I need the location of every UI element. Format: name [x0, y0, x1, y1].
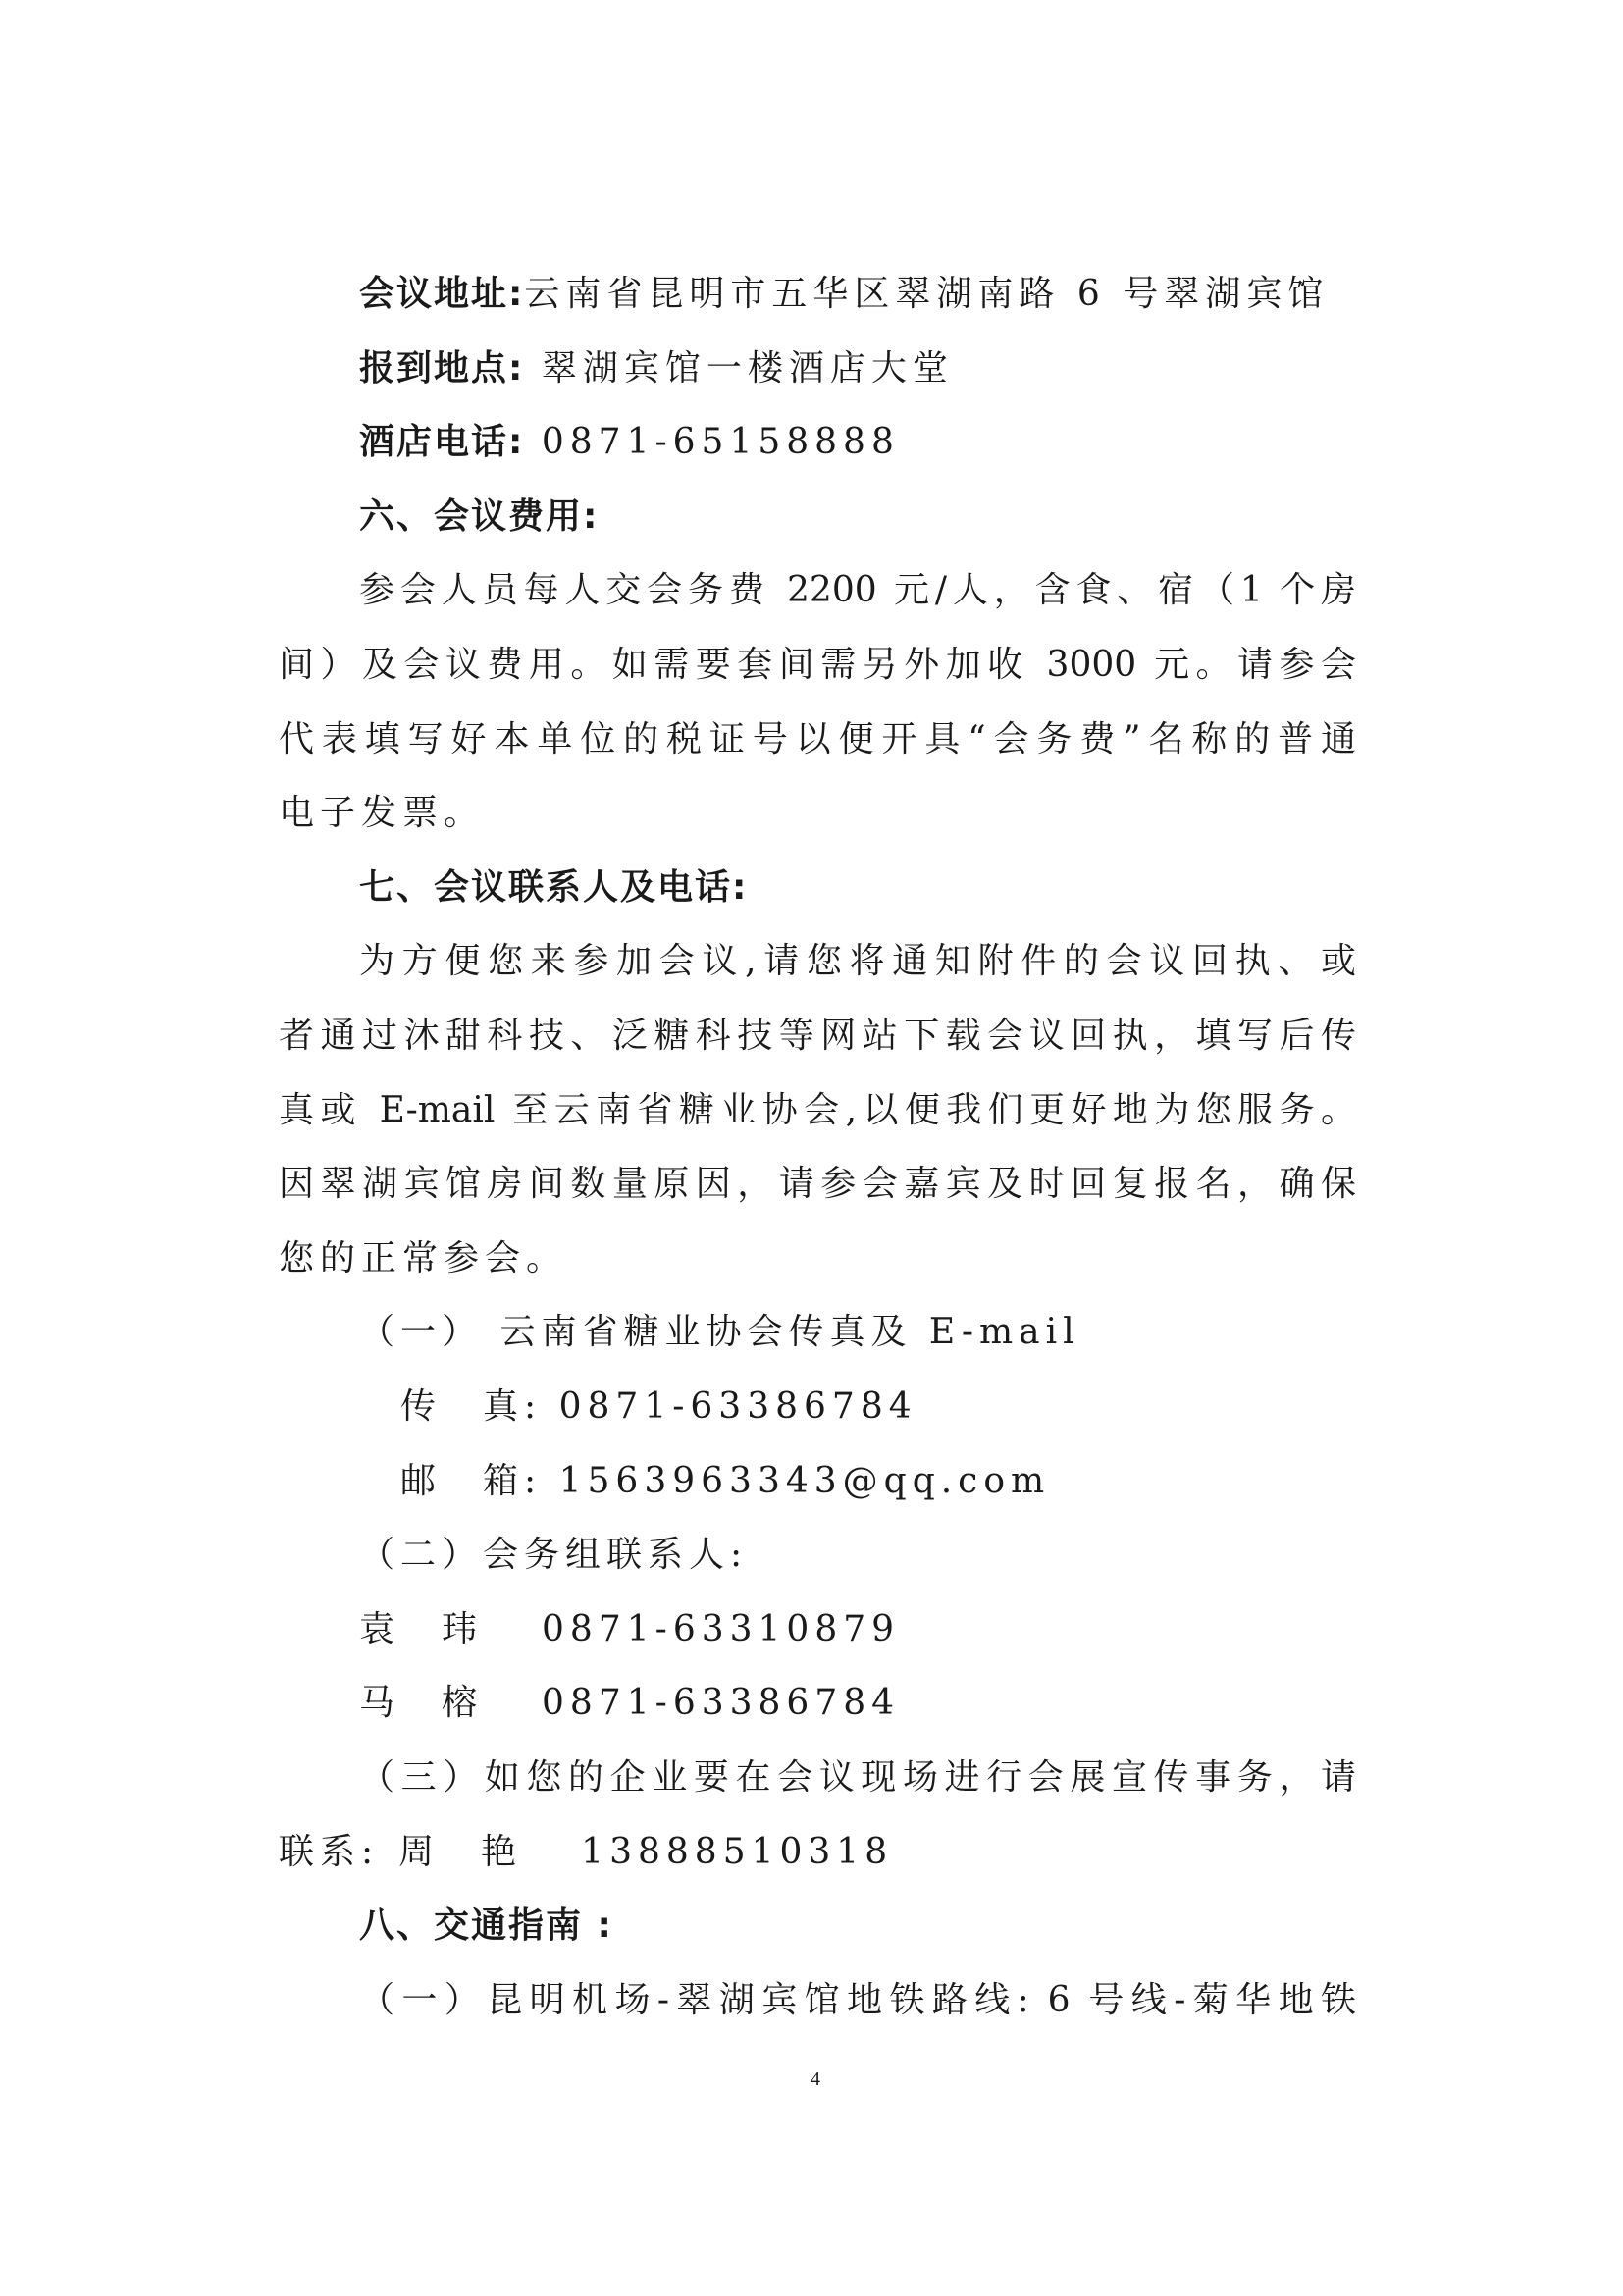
- venue-checkin: 报到地点: 翠湖宾馆一楼酒店大堂: [359, 347, 954, 391]
- phone-value: 0871-65158888: [524, 422, 899, 462]
- email-value[interactable]: 1563963343@qq.com: [559, 1461, 1051, 1501]
- section8-heading: 八、交通指南 :: [359, 1905, 613, 1948]
- venue-address: 会议地址:云南省昆明市五华区翠湖南路 6 号翠湖宾馆: [359, 273, 1329, 316]
- sub3-name-1: 周: [398, 1832, 440, 1872]
- section6-heading: 六、会议费用:: [359, 496, 599, 539]
- email-label-1: 邮: [400, 1461, 442, 1501]
- section6-line: 间）及会议费用。如需要套间需另外加收 3000 元。请参会: [279, 644, 1356, 687]
- email-label-2: 箱:: [483, 1461, 542, 1501]
- sub2-heading: （二）会务组联系人:: [359, 1534, 748, 1577]
- sub3-name-2: 艳: [481, 1832, 522, 1872]
- venue-phone: 酒店电话: 0871-65158888: [359, 421, 900, 464]
- address-value: 云南省昆明市五华区翠湖南路 6 号翠湖宾馆: [524, 274, 1329, 314]
- checkin-value: 翠湖宾馆一楼酒店大堂: [524, 348, 953, 389]
- email-row: 邮箱: 1563963343@qq.com: [400, 1460, 1050, 1503]
- section7-line: 为方便您来参加会议,请您将通知附件的会议回执、或: [359, 940, 1356, 983]
- section7-line: 您的正常参会。: [279, 1237, 567, 1280]
- contact-row: 马榕0871-63386784: [359, 1682, 900, 1725]
- contact-name-2: 玮: [442, 1609, 483, 1649]
- contact-phone: 0871-63310879: [542, 1609, 900, 1649]
- sub3-phone: 13888510318: [581, 1832, 893, 1872]
- fax-value: 0871-63386784: [559, 1386, 917, 1427]
- section7-line: 者通过沐甜科技、泛糖科技等网站下载会议回执，填写后传: [279, 1015, 1356, 1058]
- contact-phone: 0871-63386784: [542, 1683, 900, 1723]
- fax-label-2: 真:: [483, 1386, 542, 1427]
- phone-label: 酒店电话:: [359, 422, 524, 462]
- sub3-contact-label: 联系:: [279, 1832, 379, 1872]
- checkin-label: 报到地点:: [359, 348, 524, 389]
- document-page: 会议地址:云南省昆明市五华区翠湖南路 6 号翠湖宾馆 报到地点: 翠湖宾馆一楼酒…: [0, 0, 1623, 2296]
- contact-name-1: 马: [359, 1683, 400, 1723]
- page-number: 4: [811, 2068, 820, 2091]
- contact-row: 袁玮0871-63310879: [359, 1608, 900, 1651]
- sub1-heading: （一） 云南省糖业协会传真及 E-mail: [359, 1311, 1080, 1354]
- fax-label-1: 传: [400, 1386, 442, 1427]
- sub3-line1: （三）如您的企业要在会议现场进行会展宣传事务，请: [359, 1756, 1356, 1800]
- contact-name-1: 袁: [359, 1609, 400, 1649]
- section8-sub1: （一）昆明机场-翠湖宾馆地铁路线: 6 号线-菊华地铁: [359, 1979, 1356, 2022]
- section7-heading: 七、会议联系人及电话:: [359, 866, 748, 910]
- section6-line: 电子发票。: [279, 792, 485, 835]
- contact-name-2: 榕: [442, 1683, 483, 1723]
- section7-line: 因翠湖宾馆房间数量原因，请参会嘉宾及时回复报名，确保: [279, 1163, 1356, 1206]
- address-label: 会议地址:: [359, 274, 524, 314]
- section6-line: 代表填写好本单位的税证号以便开具“会务费”名称的普通: [279, 718, 1356, 761]
- section7-line: 真或 E-mail 至云南省糖业协会,以便我们更好地为您服务。: [279, 1089, 1356, 1132]
- fax-row: 传真: 0871-63386784: [400, 1385, 917, 1429]
- sub3-line2: 联系:周艳13888510318: [279, 1831, 893, 1874]
- section6-line: 参会人员每人交会务费 2200 元/人，含食、宿（1 个房: [359, 569, 1356, 612]
